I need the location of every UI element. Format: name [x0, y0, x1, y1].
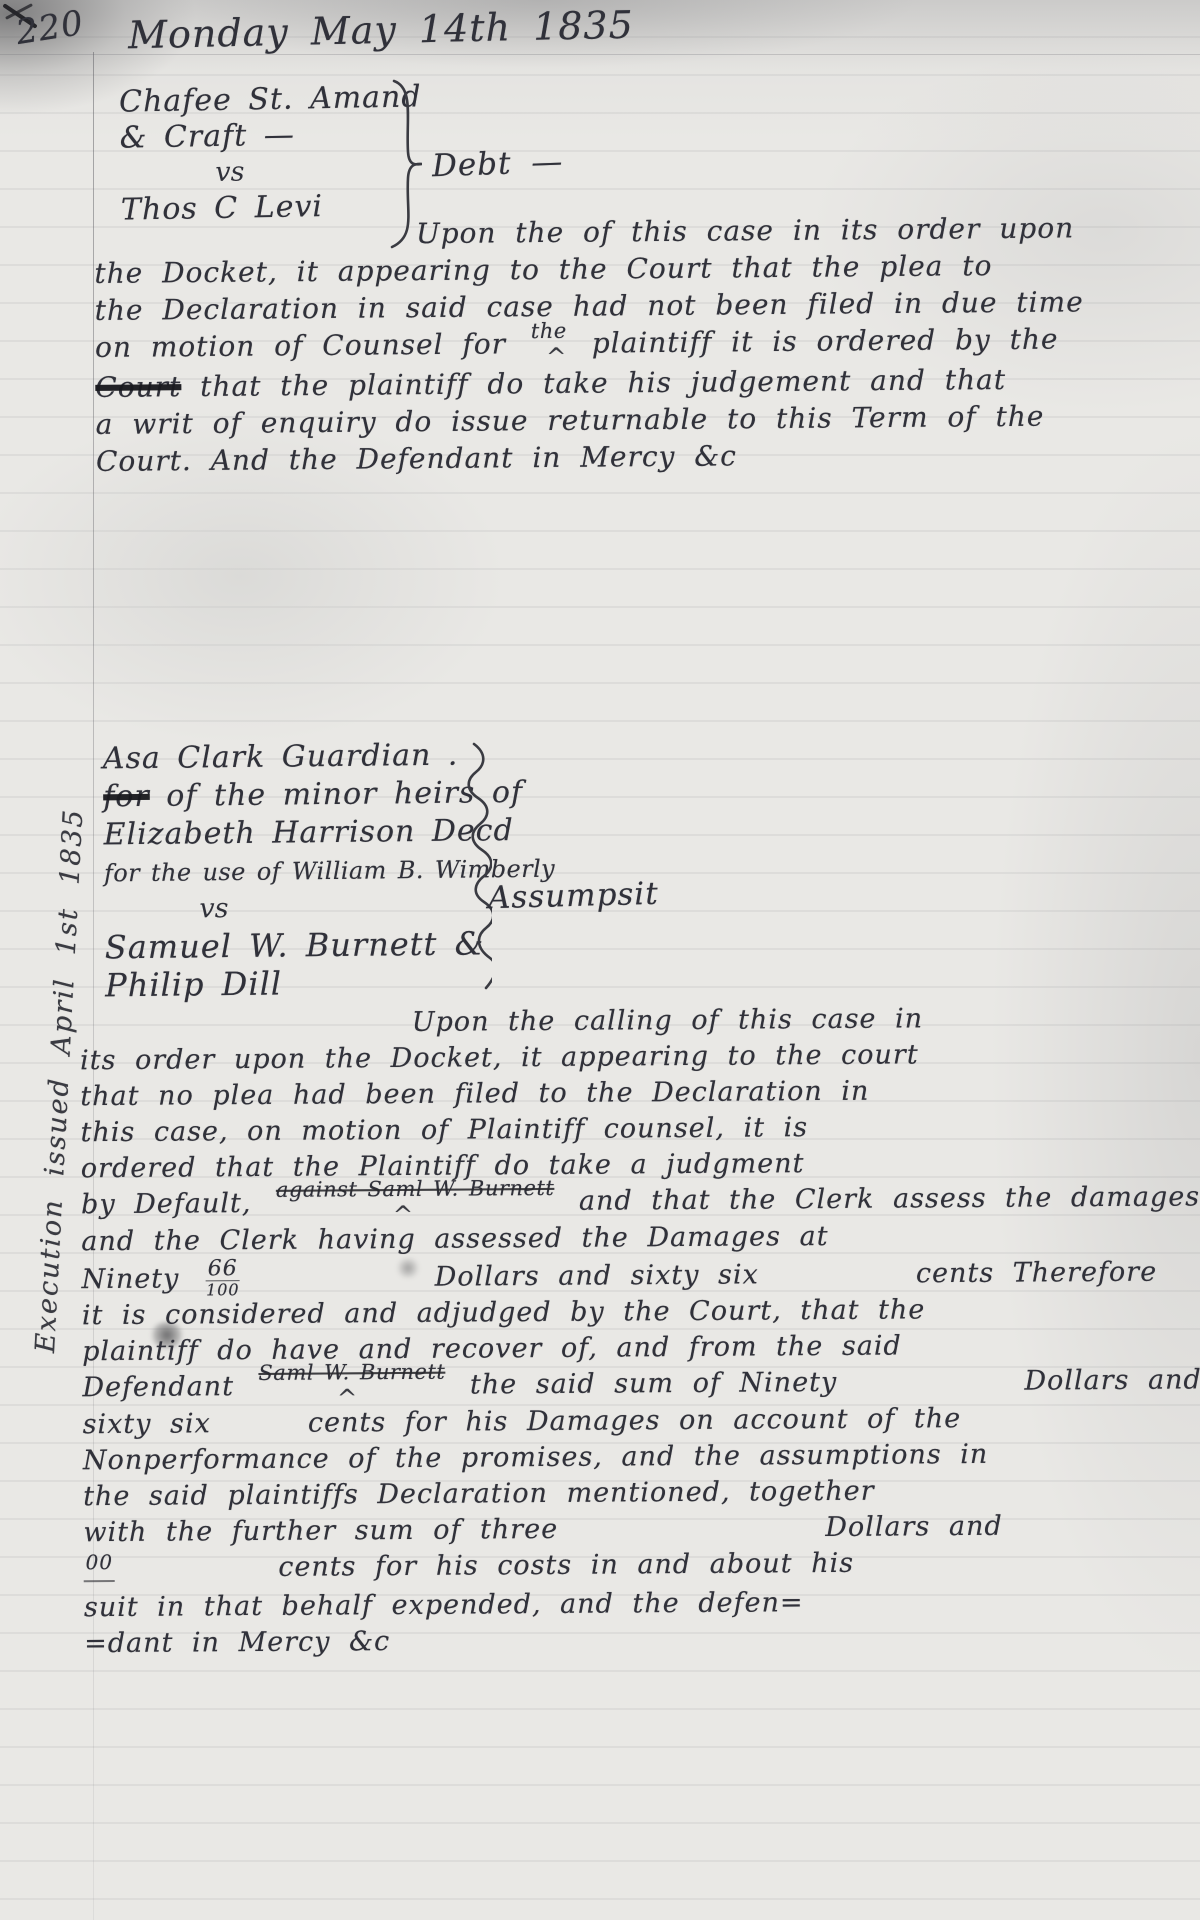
inserted-text: against Saml W. Burnett — [276, 1170, 555, 1208]
blank-space — [777, 1282, 897, 1283]
text-segment: Dollars and — [1024, 1364, 1200, 1396]
fraction-numerator: 66 — [208, 1256, 238, 1281]
case1-plaintiff-line1: Chafee St. Amand — [119, 79, 422, 120]
page-header-date: Monday May 14th 1835 — [128, 3, 635, 58]
text-segment: Dollars and — [825, 1511, 1003, 1543]
text-segment: Ninety — [82, 1263, 180, 1295]
case2-type-label: Assumpsit — [488, 876, 660, 916]
text-line: Court. And the Defendant in Mercy &c — [96, 435, 996, 480]
text-segment: with the further sum of three — [83, 1514, 558, 1548]
text-segment: plaintiff it is ordered by the — [592, 323, 1059, 360]
blank-space — [140, 1576, 260, 1577]
text-segment: cents for his Damages on account of the — [308, 1403, 961, 1439]
text-line: that no plea had been filed to the Decla… — [80, 1073, 1000, 1115]
dollar-fraction: 66 100 — [206, 1259, 240, 1297]
text-segment: cents Therefore — [916, 1257, 1157, 1290]
inserted-text: the — [531, 313, 567, 350]
text-line: =dant in Mercy &c — [84, 1620, 1004, 1662]
case2-judgment-paragraph: Upon the calling of this case in its ord… — [80, 1001, 1005, 1662]
blank-space — [577, 1536, 807, 1538]
blank-space — [266, 1286, 416, 1287]
text-segment: on motion of Counsel for — [95, 327, 506, 364]
struck-out-word: Court — [95, 370, 181, 404]
text-segment: that the plaintiff do take his judgement… — [200, 363, 1006, 403]
text-segment: sixty six — [83, 1408, 211, 1440]
fraction-denominator: 100 — [206, 1280, 240, 1297]
text-segment: Defendant — [82, 1371, 234, 1403]
inserted-text: Saml W. Burnett — [258, 1354, 445, 1391]
case1-heading: Chafee St. Amand & Craft — vs Thos C Lev… — [119, 79, 424, 228]
text-segment: by Default, — [81, 1188, 252, 1220]
text-line: by Default, against Saml W. Burnett and … — [81, 1181, 1001, 1224]
case1-plaintiff-line2: & Craft — — [119, 115, 422, 156]
cents-fraction: 00 — [83, 1544, 115, 1582]
struck-out-word: for — [103, 779, 150, 814]
text-segment: the said sum of Ninety — [470, 1367, 837, 1401]
case2-brace — [452, 742, 492, 990]
scanned-court-record-page: 220 Monday May 14th 1835 Chafee St. Aman… — [0, 0, 1200, 1920]
text-line: a writ of enquiry do issue returnable to… — [96, 398, 996, 443]
text-segment: and that the Clerk assess the damages, — [579, 1181, 1200, 1216]
text-line: 00 cents for his costs in and about his — [84, 1545, 1004, 1590]
page-number: 220 — [13, 3, 86, 53]
text-line: Ninety 66 100 Dollars and sixty six cent… — [81, 1254, 1001, 1299]
text-line: with the further sum of three Dollars an… — [83, 1509, 1003, 1551]
blank-space — [856, 1390, 1006, 1391]
case1-type-label: Debt — — [431, 144, 564, 185]
text-segment: cents for his costs in and about his — [278, 1548, 854, 1583]
text-line: Defendant Saml W. Burnett the said sum o… — [82, 1364, 1002, 1407]
case1-order-paragraph: Upon the of this case in its order upon … — [94, 210, 996, 480]
text-segment: Dollars and sixty six — [435, 1259, 759, 1292]
